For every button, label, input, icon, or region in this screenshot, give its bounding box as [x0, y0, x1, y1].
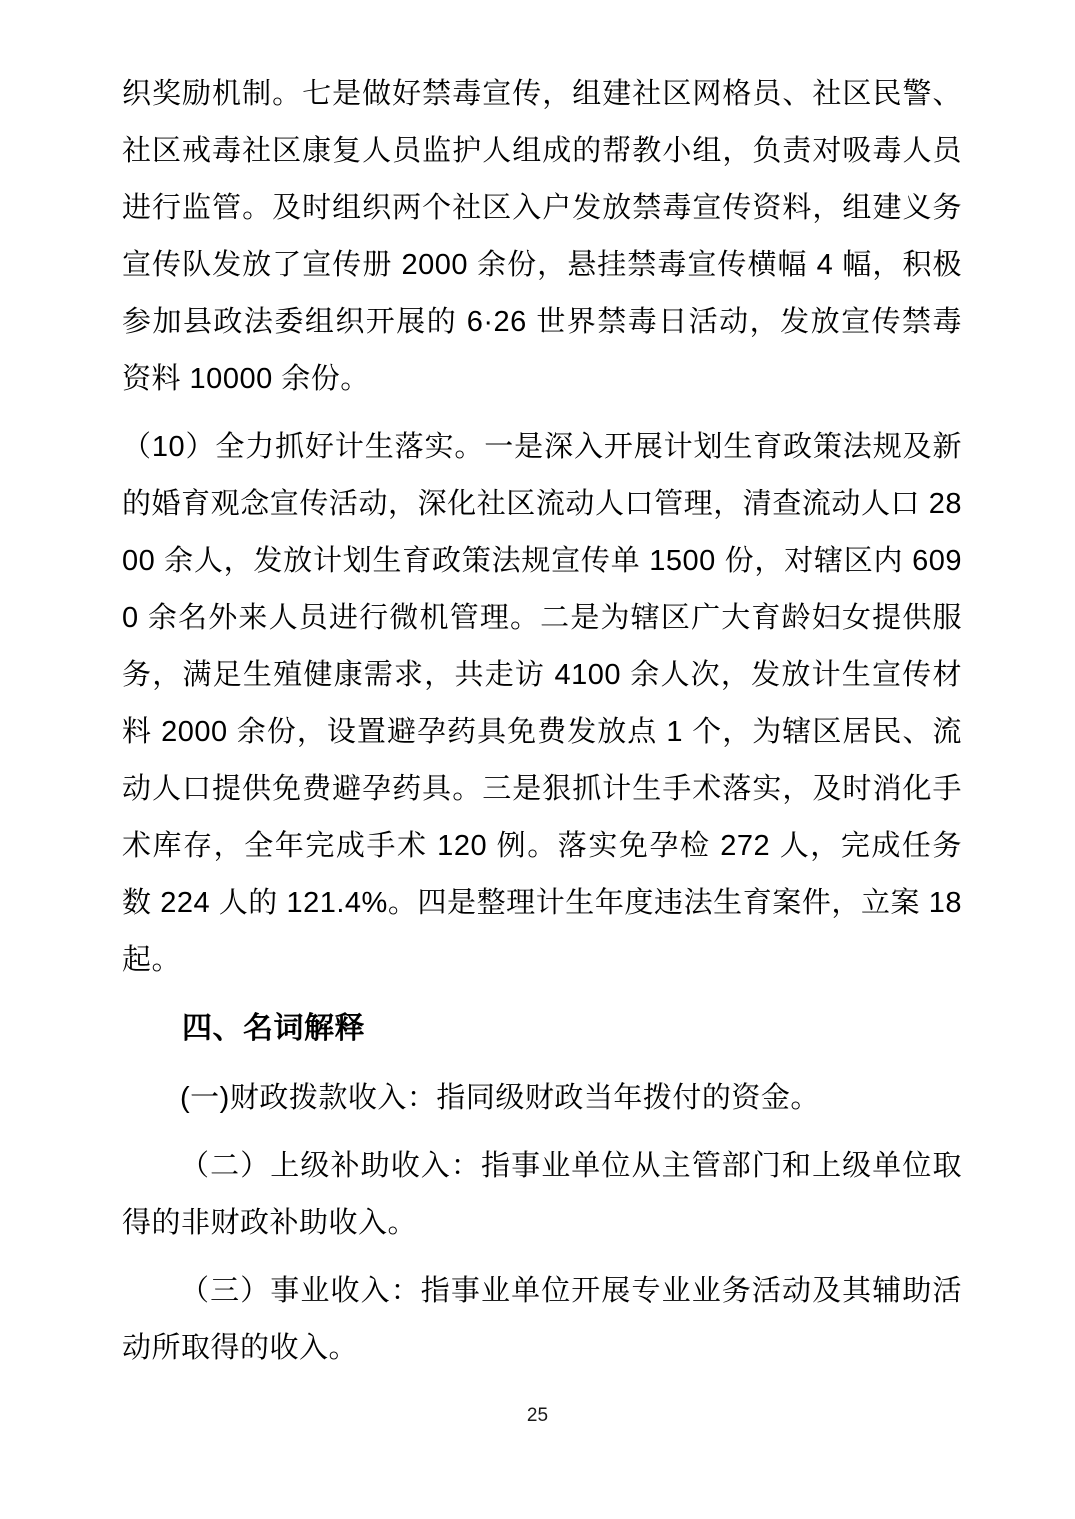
section-heading-glossary: 四、名词解释 — [122, 1000, 962, 1057]
glossary-item-fiscal-appropriation-income: (一)财政拨款收入：指同级财政当年拨付的资金。 — [122, 1070, 962, 1127]
glossary-item-superior-subsidy-income: （二）上级补助收入：指事业单位从主管部门和上级单位取得的非财政补助收入。 — [122, 1138, 962, 1252]
document-page: 织奖励机制。七是做好禁毒宣传，组建社区网格员、社区民警、社区戒毒社区康复人员监护… — [0, 0, 1075, 1519]
body-paragraph-drug-control: 织奖励机制。七是做好禁毒宣传，组建社区网格员、社区民警、社区戒毒社区康复人员监护… — [122, 66, 962, 408]
page-number: 25 — [0, 1404, 1075, 1428]
glossary-item-business-income: （三）事业收入：指事业单位开展专业业务活动及其辅助活动所取得的收入。 — [122, 1263, 962, 1377]
body-paragraph-family-planning: （10）全力抓好计生落实。一是深入开展计划生育政策法规及新的婚育观念宣传活动，深… — [122, 419, 962, 989]
text-content: 织奖励机制。七是做好禁毒宣传，组建社区网格员、社区民警、社区戒毒社区康复人员监护… — [122, 66, 962, 1388]
